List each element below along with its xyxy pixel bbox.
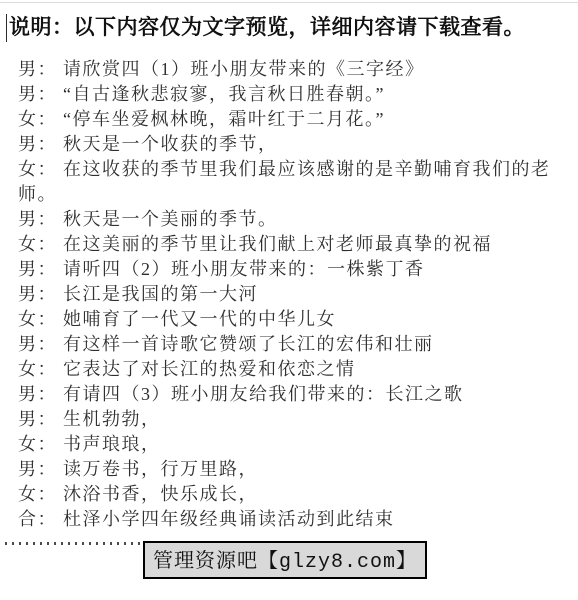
top-border-line bbox=[0, 2, 578, 3]
dialogue-line: 女： 它表达了对长江的热爱和依恋之情 bbox=[18, 357, 570, 382]
dialogue-line: 男： 读万卷书，行万里路， bbox=[18, 457, 570, 482]
dialogue-line: 男： 秋天是一个收获的季节， bbox=[18, 132, 570, 157]
dialogue-line: 男： 生机勃勃， bbox=[18, 407, 570, 432]
footer: 管理资源吧【glzy8.com】 bbox=[5, 541, 427, 579]
dialogue-line: 女： 在这收获的季节里我们最应该感谢的是辛勤哺育我们的老 bbox=[18, 157, 570, 182]
dialogue-line: 男： 有请四（3）班小朋友给我们带来的：长江之歌 bbox=[18, 382, 570, 407]
site-badge-suffix: 】 bbox=[396, 550, 417, 572]
dotted-divider bbox=[5, 542, 143, 545]
preview-notice: 说明：以下内容仅为文字预览，详细内容请下载查看。 bbox=[6, 13, 525, 42]
preview-notice-text: 说明：以下内容仅为文字预览，详细内容请下载查看。 bbox=[9, 13, 525, 41]
document-preview-page: 说明：以下内容仅为文字预览，详细内容请下载查看。 男： 请欣赏四（1）班小朋友带… bbox=[0, 0, 578, 600]
dialogue-line: 男： 请欣赏四（1）班小朋友带来的《三字经》 bbox=[18, 57, 570, 82]
dialogue-line: 女： 在这美丽的季节里让我们献上对老师最真挚的祝福 bbox=[18, 232, 570, 257]
site-watermark-badge[interactable]: 管理资源吧【glzy8.com】 bbox=[143, 541, 427, 579]
dialogue-line: 男： 长江是我国的第一大河 bbox=[18, 282, 570, 307]
dialogue-line: 男： 有这样一首诗歌它赞颂了长江的宏伟和壮丽 bbox=[18, 332, 570, 357]
dialogue-line: 男： “自古逢秋悲寂寥，我言秋日胜春朝。” bbox=[18, 82, 570, 107]
dialogue-line: 女： 书声琅琅， bbox=[18, 432, 570, 457]
dialogue-line: 合： 杜泽小学四年级经典诵读活动到此结束 bbox=[18, 507, 570, 532]
dialogue-line: 女： 她哺育了一代又一代的中华儿女 bbox=[18, 307, 570, 332]
dialogue-line: 女： “停车坐爱枫林晚，霜叶红于二月花。” bbox=[18, 107, 570, 132]
text-cursor-caret bbox=[6, 14, 7, 42]
site-badge-prefix: 管理资源吧【 bbox=[153, 550, 279, 572]
dialogue-line: 女： 沐浴书香，快乐成长， bbox=[18, 482, 570, 507]
site-badge-url: glzy8.com bbox=[279, 551, 396, 574]
dialogue-line: 男： 秋天是一个美丽的季节。 bbox=[18, 207, 570, 232]
script-lines: 男： 请欣赏四（1）班小朋友带来的《三字经》 男： “自古逢秋悲寂寥，我言秋日胜… bbox=[18, 57, 570, 532]
dialogue-line: 男： 请听四（2）班小朋友带来的：一株紫丁香 bbox=[18, 257, 570, 282]
dialogue-line-continuation: 师。 bbox=[18, 182, 570, 207]
